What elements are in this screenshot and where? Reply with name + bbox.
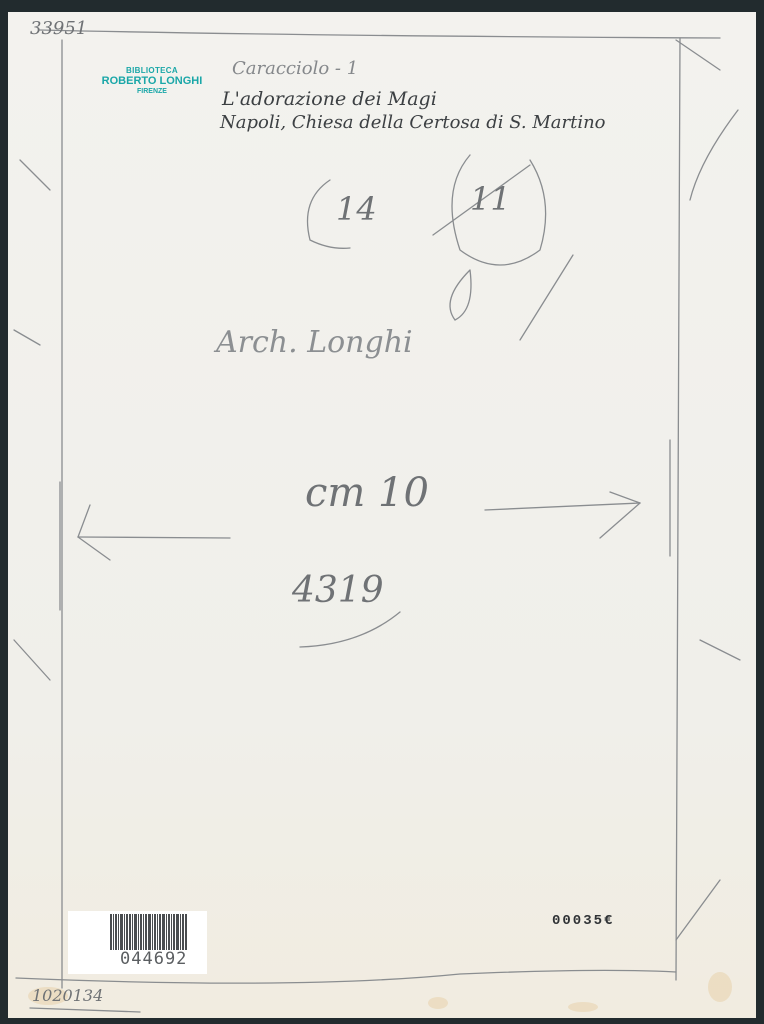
library-stamp: BIBLIOTECA ROBERTO LONGHI FIRENZE	[96, 66, 208, 96]
circled-number-14: 14	[336, 190, 377, 228]
circled-number-11: 11	[470, 180, 511, 218]
stamp-line-1: BIBLIOTECA	[96, 66, 208, 75]
measurement-annotation: cm 10	[305, 470, 429, 516]
bottom-left-number: 1020134	[32, 986, 103, 1005]
title-annotation: L'adorazione dei Magi	[222, 88, 437, 110]
barcode-label: 044692	[68, 911, 207, 974]
stamp-line-2: ROBERTO LONGHI	[96, 75, 208, 88]
stamp-line-3: FIRENZE	[96, 88, 208, 96]
barcode-number: 044692	[120, 949, 187, 969]
artist-annotation: Caracciolo - 1	[232, 58, 358, 79]
location-annotation: Napoli, Chiesa della Certosa di S. Marti…	[220, 112, 606, 133]
barcode-icon	[110, 914, 196, 950]
inventory-number: 4319	[292, 570, 384, 611]
archive-note: Arch. Longhi	[216, 325, 413, 360]
printed-number: 00035€	[552, 913, 614, 929]
top-left-number: 33951	[30, 18, 87, 39]
